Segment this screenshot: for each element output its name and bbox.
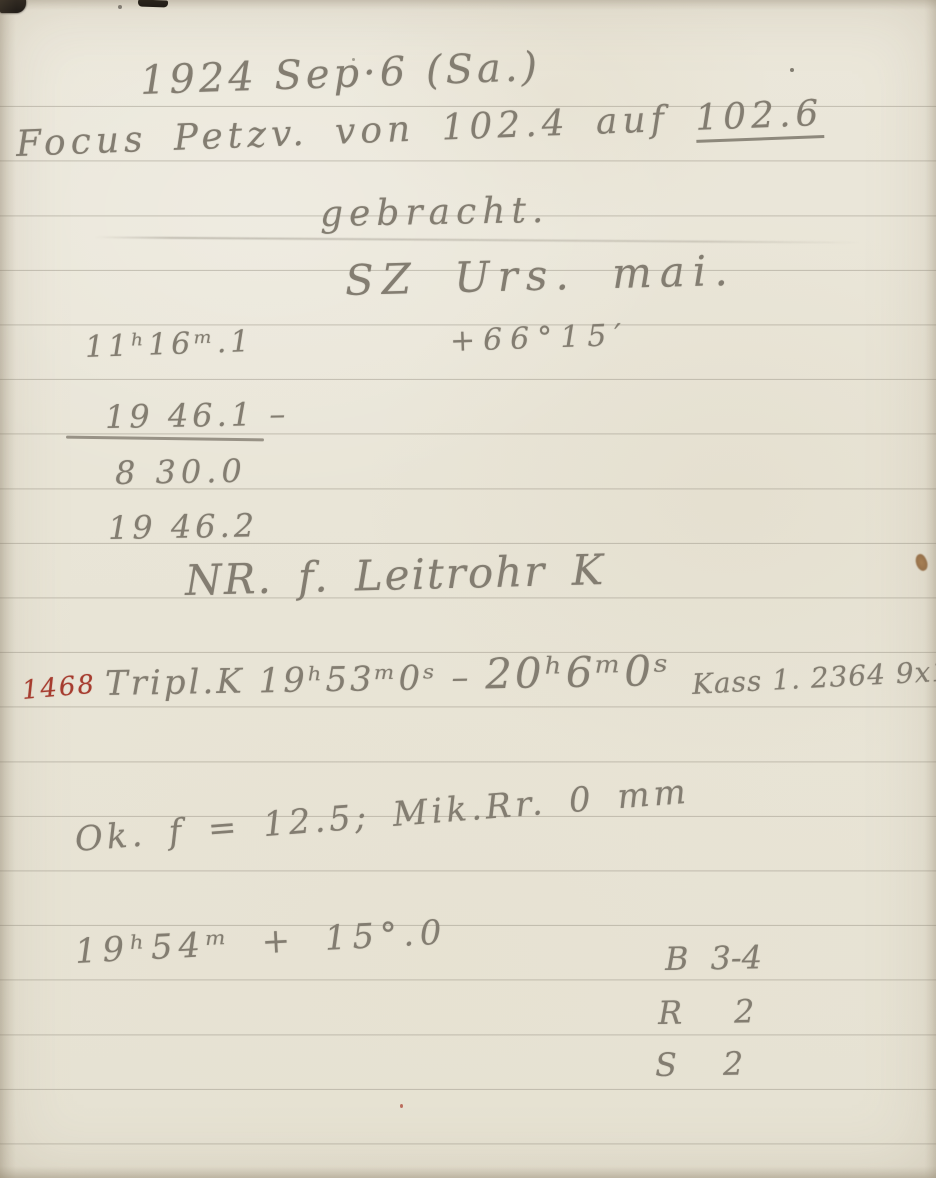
focus-note-continuation: gebracht. bbox=[320, 190, 550, 235]
condition-row-b: B 3-4 bbox=[665, 938, 763, 978]
ink-blot-corner bbox=[0, 0, 26, 13]
stain-spot bbox=[913, 552, 930, 572]
declination-value: +66°15′ bbox=[449, 318, 629, 359]
red-speck bbox=[400, 1104, 403, 1108]
paper-speck bbox=[790, 68, 794, 72]
focus-note: Focus Petzv. von 102.4 auf 102.6 bbox=[15, 93, 824, 165]
camera-and-start-time: Tripl.K 19ʰ53ᵐ0ˢ – bbox=[105, 657, 486, 704]
date-heading: 1924 Sep·6 (Sa.) bbox=[139, 44, 542, 104]
sidereal-time-second-value: 19 46.2 bbox=[108, 506, 259, 547]
condition-value: 3-4 bbox=[710, 938, 762, 977]
subtraction-line bbox=[66, 436, 264, 442]
ink-mark-top-edge bbox=[138, 0, 168, 8]
condition-key: R bbox=[658, 994, 683, 1032]
condition-key: B bbox=[665, 940, 689, 978]
condition-row-r: R 2 bbox=[658, 992, 755, 1032]
ruled-lines bbox=[0, 80, 936, 1178]
end-time: 20ʰ6ᵐ0ˢ bbox=[485, 646, 672, 698]
pointing-coordinates: 19ʰ54ᵐ + 15°.0 bbox=[74, 913, 448, 972]
ocular-focus-note: Ok. f = 12.5; Mik.Rr. 0 mm bbox=[73, 772, 691, 860]
hour-angle-value: 8 30.0 bbox=[115, 452, 247, 492]
notebook-page: 1924 Sep·6 (Sa.) Focus Petzv. von 102.4 … bbox=[0, 0, 936, 1178]
plate-number-red: 1468 bbox=[21, 670, 98, 706]
sidereal-time-value: 19 46.1 – bbox=[105, 395, 290, 436]
condition-value: 2 bbox=[723, 1044, 744, 1082]
focus-new-value: 102.6 bbox=[695, 93, 825, 143]
pencil-smudge-line bbox=[95, 236, 860, 243]
guide-scope-note: NR. f. Leitrohr K bbox=[184, 545, 605, 605]
focus-note-text: Focus Petzv. von 102.4 auf bbox=[15, 98, 696, 165]
condition-row-s: S 2 bbox=[655, 1044, 744, 1084]
target-star-name: SZ Urs. mai. bbox=[344, 246, 736, 305]
paper-speck bbox=[118, 5, 122, 9]
exposure-times: Tripl.K 19ʰ53ᵐ0ˢ – 20ʰ6ᵐ0ˢ bbox=[105, 646, 672, 705]
cassette-note: Kass 1. 2364 9x12 bbox=[691, 654, 936, 701]
condition-value: 2 bbox=[734, 992, 755, 1030]
right-ascension-value: 11ʰ16ᵐ.1 bbox=[84, 324, 253, 365]
condition-key: S bbox=[655, 1046, 678, 1084]
